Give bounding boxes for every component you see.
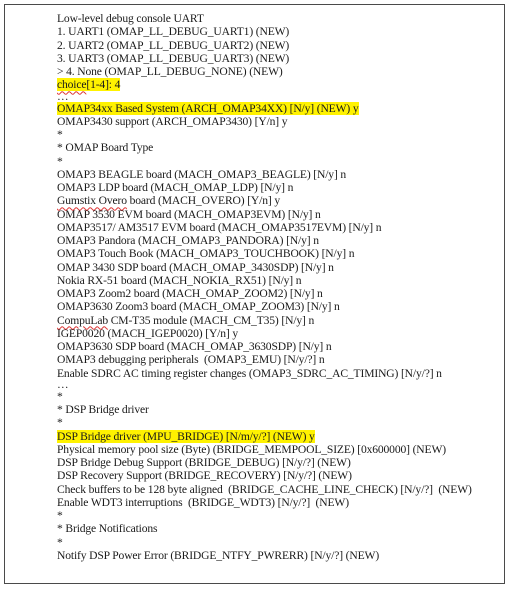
document-frame: Low-level debug console UART1. UART1 (OM… [4, 4, 505, 584]
line-text: OMAP3 Touch Book (MACH_OMAP3_TOUCHBOOK) … [57, 247, 354, 260]
line-text: > 4. None (OMAP_LL_DEBUG_NONE) (NEW) [57, 65, 283, 78]
log-line: OMAP34xx Based System (ARCH_OMAP34XX) [N… [57, 102, 500, 115]
log-line: IGEP0020 (MACH_IGEP0020) [Y/n] y [57, 327, 500, 340]
console-log-text: Low-level debug console UART1. UART1 (OM… [57, 12, 500, 562]
log-line: 3. UART3 (OMAP_LL_DEBUG_UART3) (NEW) [57, 52, 500, 65]
log-line: OMAP3 Pandora (MACH_OMAP3_PANDORA) [N/y]… [57, 234, 500, 247]
log-line: DSP Bridge driver (MPU_BRIDGE) [N/m/y/?]… [57, 430, 500, 443]
line-text: DSP Recovery Support (BRIDGE_RECOVERY) [… [57, 469, 352, 482]
line-text: 2. UART2 (OMAP_LL_DEBUG_UART2) (NEW) [57, 39, 289, 52]
log-line: * OMAP Board Type [57, 141, 500, 154]
log-line: Gumstix Overo board (MACH_OVERO) [Y/n] y [57, 194, 500, 207]
log-line: OMAP3 LDP board (MACH_OMAP_LDP) [N/y] n [57, 181, 500, 194]
log-line: OMAP3430 support (ARCH_OMAP3430) [Y/n] y [57, 115, 500, 128]
line-text: … [57, 90, 68, 103]
log-line: DSP Recovery Support (BRIDGE_RECOVERY) [… [57, 469, 500, 482]
log-line: Nokia RX-51 board (MACH_NOKIA_RX51) [N/y… [57, 274, 500, 287]
line-text: OMAP 3430 SDP board (MACH_OMAP_3430SDP) … [57, 261, 334, 274]
log-line: 1. UART1 (OMAP_LL_DEBUG_UART1) (NEW) [57, 25, 500, 38]
log-line: * [57, 155, 500, 168]
line-text: OMAP3630 SDP board (MACH_OMAP_3630SDP) [… [57, 340, 332, 353]
line-text: OMAP3 BEAGLE board (MACH_OMAP3_BEAGLE) [… [57, 168, 346, 181]
log-line: Check buffers to be 128 byte aligned (BR… [57, 483, 500, 496]
log-line: choice[1-4]: 4 [57, 78, 500, 91]
log-line: Notify DSP Power Error (BRIDGE_NTFY_PWRE… [57, 549, 500, 562]
line-text: OMAP3 debugging peripherals (OMAP3_EMU) … [57, 353, 325, 366]
log-line: OMAP 3430 SDP board (MACH_OMAP_3430SDP) … [57, 261, 500, 274]
line-text: OMAP3430 support (ARCH_OMAP3430) [Y/n] y [57, 115, 287, 128]
line-text: * [57, 416, 63, 429]
log-line: OMAP3 debugging peripherals (OMAP3_EMU) … [57, 353, 500, 366]
line-text: OMAP3 LDP board (MACH_OMAP_LDP) [N/y] n [57, 181, 293, 194]
line-text: * OMAP Board Type [57, 141, 153, 154]
log-line: > 4. None (OMAP_LL_DEBUG_NONE) (NEW) [57, 65, 500, 78]
log-line: 2. UART2 (OMAP_LL_DEBUG_UART2) (NEW) [57, 39, 500, 52]
log-line: * [57, 390, 500, 403]
highlighted-text: DSP Bridge driver (MPU_BRIDGE) [N/m/y/?]… [57, 430, 315, 443]
log-line: … [57, 380, 500, 390]
log-line: Enable WDT3 interruptions (BRIDGE_WDT3) … [57, 496, 500, 509]
line-text: Nokia RX-51 board (MACH_NOKIA_RX51) [N/y… [57, 274, 301, 287]
line-text: IGEP0020 (MACH_IGEP0020) [Y/n] y [57, 327, 238, 340]
log-line: OMAP 3530 EVM board (MACH_OMAP3EVM) [N/y… [57, 208, 500, 221]
line-text: OMAP3630 Zoom3 board (MACH_OMAP_ZOOM3) [… [57, 300, 340, 313]
line-text: * [57, 509, 63, 522]
log-line: OMAP3 Touch Book (MACH_OMAP3_TOUCHBOOK) … [57, 247, 500, 260]
line-text: * [57, 390, 63, 403]
log-line: * [57, 509, 500, 522]
log-line: Low-level debug console UART [57, 12, 500, 25]
line-text: OMAP3 Pandora (MACH_OMAP3_PANDORA) [N/y]… [57, 234, 319, 247]
line-text: Low-level debug console UART [57, 12, 204, 25]
line-text: Gumstix Overo board (MACH_OVERO) [Y/n] y [57, 194, 280, 207]
log-line: DSP Bridge Debug Support (BRIDGE_DEBUG) … [57, 456, 500, 469]
line-text: Enable WDT3 interruptions (BRIDGE_WDT3) … [57, 496, 349, 509]
line-text: CompuLab CM-T35 module (MACH_CM_T35) [N/… [57, 314, 314, 327]
log-line: * [57, 128, 500, 141]
log-line: OMAP3630 Zoom3 board (MACH_OMAP_ZOOM3) [… [57, 300, 500, 313]
highlighted-text: OMAP34xx Based System (ARCH_OMAP34XX) [N… [57, 102, 359, 115]
log-line: … [57, 92, 500, 102]
line-text: * DSP Bridge driver [57, 403, 149, 416]
log-line: * Bridge Notifications [57, 522, 500, 535]
line-text: * [57, 128, 63, 141]
log-line: OMAP3630 SDP board (MACH_OMAP_3630SDP) [… [57, 340, 500, 353]
log-line: OMAP3 Zoom2 board (MACH_OMAP_ZOOM2) [N/y… [57, 287, 500, 300]
line-text: DSP Bridge Debug Support (BRIDGE_DEBUG) … [57, 456, 351, 469]
line-text: Check buffers to be 128 byte aligned (BR… [57, 483, 472, 496]
line-text: * [57, 155, 63, 168]
log-line: Enable SDRC AC timing register changes (… [57, 367, 500, 380]
line-text: OMAP3517/ AM3517 EVM board (MACH_OMAP351… [57, 221, 381, 234]
line-text: Physical memory pool size (Byte) (BRIDGE… [57, 443, 446, 456]
line-text: OMAP 3530 EVM board (MACH_OMAP3EVM) [N/y… [57, 208, 321, 221]
log-line: * DSP Bridge driver [57, 403, 500, 416]
line-text: 1. UART1 (OMAP_LL_DEBUG_UART1) (NEW) [57, 25, 289, 38]
log-line: OMAP3 BEAGLE board (MACH_OMAP3_BEAGLE) [… [57, 168, 500, 181]
log-line: Physical memory pool size (Byte) (BRIDGE… [57, 443, 500, 456]
log-line: OMAP3517/ AM3517 EVM board (MACH_OMAP351… [57, 221, 500, 234]
line-text: * [57, 536, 63, 549]
line-text: Notify DSP Power Error (BRIDGE_NTFY_PWRE… [57, 549, 379, 562]
log-line: CompuLab CM-T35 module (MACH_CM_T35) [N/… [57, 314, 500, 327]
line-text: OMAP3 Zoom2 board (MACH_OMAP_ZOOM2) [N/y… [57, 287, 323, 300]
line-text: Enable SDRC AC timing register changes (… [57, 367, 442, 380]
line-text: * Bridge Notifications [57, 522, 157, 535]
line-text: 3. UART3 (OMAP_LL_DEBUG_UART3) (NEW) [57, 52, 289, 65]
log-line: * [57, 416, 500, 429]
log-line: * [57, 536, 500, 549]
